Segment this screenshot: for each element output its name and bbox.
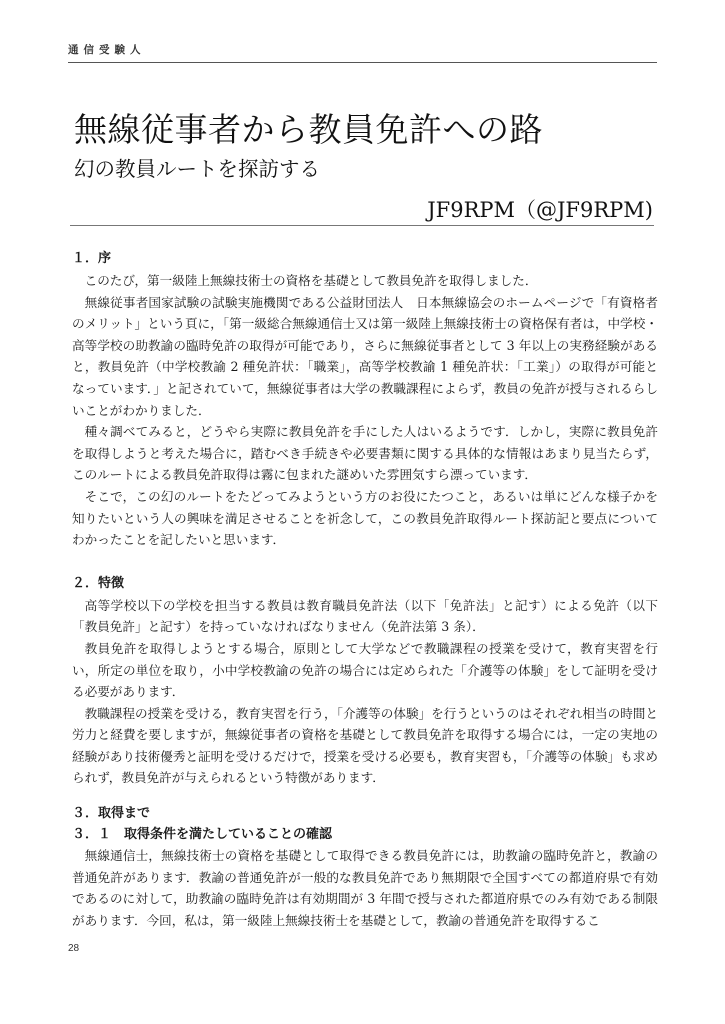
paragraph: 種々調べてみると，どうやら実際に教員免許を手にした人はいるようです．しかし，実際… — [72, 421, 658, 486]
section-heading: ３．取得まで — [72, 803, 658, 825]
page-number: 28 — [68, 943, 79, 954]
section-spacer — [72, 789, 658, 803]
article-body: １．序 このたび，第一級陸上無線技術士の資格を基礎として教員免許を取得しました．… — [72, 248, 658, 931]
paragraph: 教職課程の授業を受ける，教育実習を行う，「介護等の体験」を行うというのはそれぞれ… — [72, 703, 658, 789]
article-subtitle: 幻の教員ルートを探訪する — [74, 152, 320, 182]
section-features: ２．特徴 高等学校以下の学校を担当する教員は教育職員免許法（以下「免許法」と記す… — [72, 573, 658, 789]
section-heading: １．序 — [72, 248, 658, 270]
section-introduction: １．序 このたび，第一級陸上無線技術士の資格を基礎として教員免許を取得しました．… — [72, 248, 658, 551]
section-until-acquisition: ３．取得まで ３．１ 取得条件を満たしていることの確認 無線通信士，無線技術士の… — [72, 803, 658, 931]
title-rule — [70, 225, 654, 226]
running-head: 通信受験人 — [68, 42, 146, 57]
article-title: 無線従事者から教員免許への路 — [74, 104, 543, 151]
document-page: 通信受験人 無線従事者から教員免許への路 幻の教員ルートを探訪する JF9RPM… — [0, 0, 725, 1024]
article-author: JF9RPM（@JF9RPM) — [427, 194, 653, 224]
section-spacer — [72, 551, 658, 573]
paragraph: 無線従事者国家試験の試験実施機関である公益財団法人 日本無線協会のホームページで… — [72, 292, 658, 422]
paragraph: 教員免許を取得しようとする場合，原則として大学などで教職課程の授業を受けて，教育… — [72, 638, 658, 703]
header-rule — [68, 62, 657, 63]
paragraph: 高等学校以下の学校を担当する教員は教育職員免許法（以下「免許法」と記す）による免… — [72, 595, 658, 638]
paragraph: そこで，この幻のルートをたどってみようという方のお役にたつこと，あるいは単にどん… — [72, 486, 658, 551]
paragraph: このたび，第一級陸上無線技術士の資格を基礎として教員免許を取得しました． — [72, 270, 658, 292]
subsection-heading: ３．１ 取得条件を満たしていることの確認 — [72, 825, 658, 845]
paragraph: 無線通信士，無線技術士の資格を基礎として取得できる教員免許には，助教諭の臨時免許… — [72, 845, 658, 931]
section-heading: ２．特徴 — [72, 573, 658, 595]
